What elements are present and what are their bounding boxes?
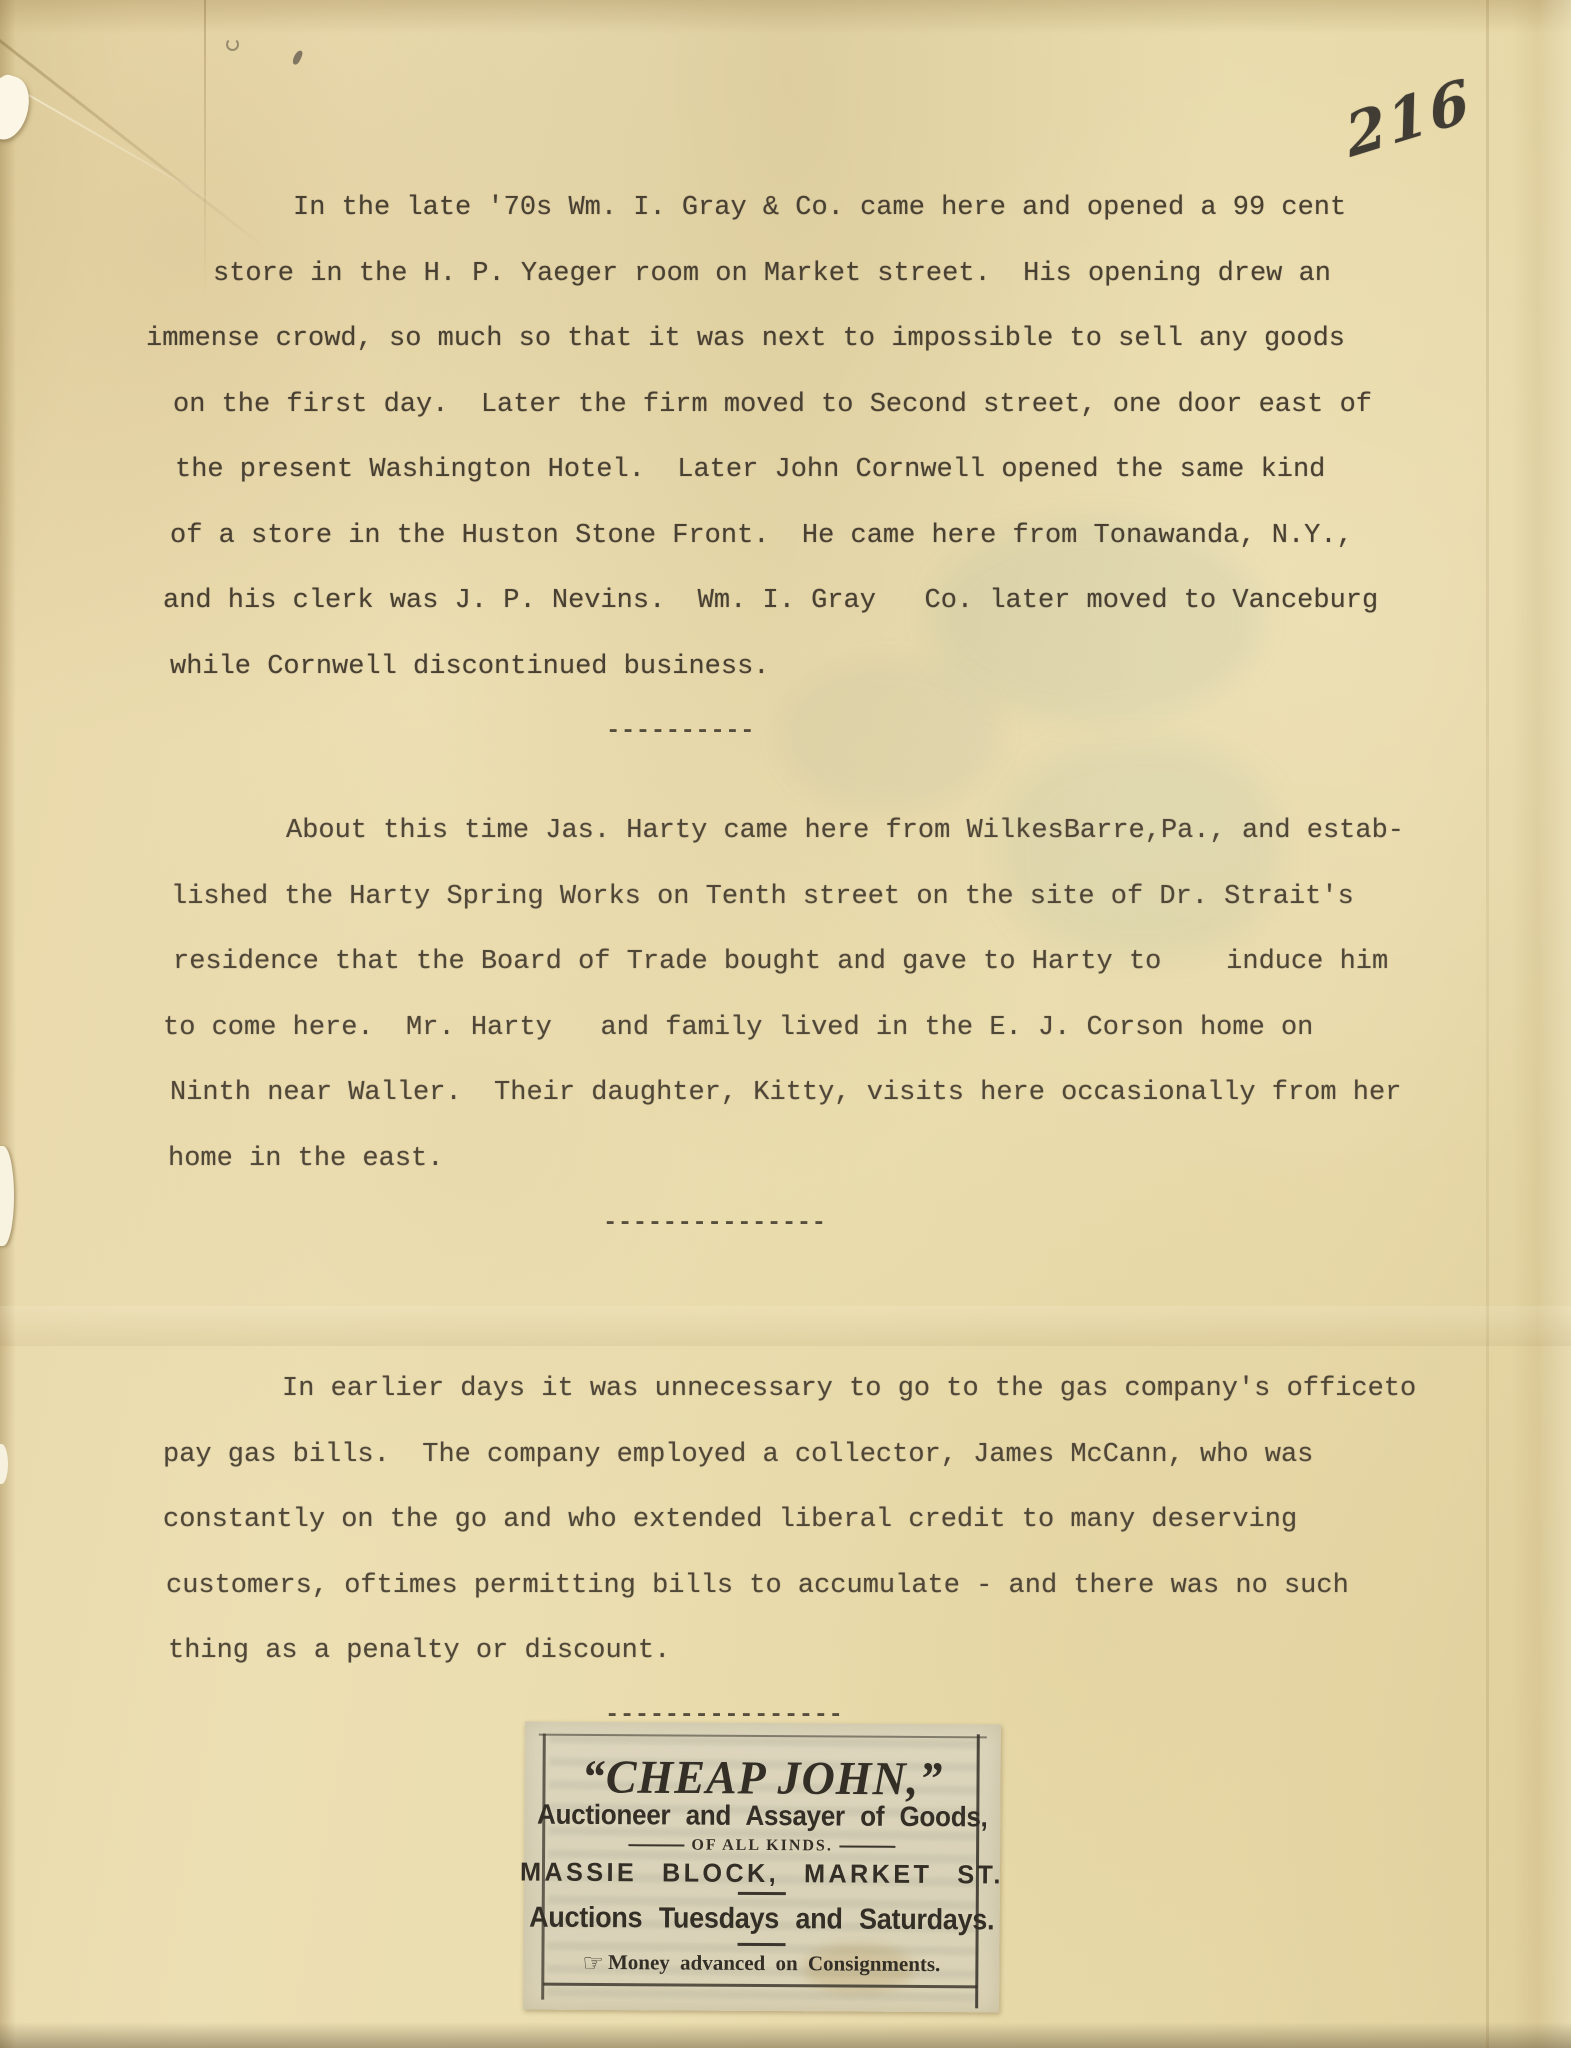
paper-left-edge-shading <box>0 0 16 2048</box>
ad-address: MASSIE BLOCK, MARKET ST. <box>520 1857 1004 1891</box>
torn-notch <box>0 71 37 144</box>
paragraph-1: In the late '70s Wm. I. Gray & Co. came … <box>150 176 1378 700</box>
typed-dashed-separator: ---------- <box>606 718 755 745</box>
ad-divider-rule <box>738 1892 786 1895</box>
ad-subtitle: Auctioneer and Assayer of Goods, <box>537 1799 988 1834</box>
typed-line: on the first day. Later the firm moved t… <box>173 373 1378 439</box>
dash-rule <box>628 1844 684 1846</box>
typed-line: store in the H. P. Yaeger room on Market… <box>213 242 1378 308</box>
typed-line: the present Washington Hotel. Later John… <box>175 438 1378 504</box>
typed-line: lished the Harty Spring Works on Tenth s… <box>171 865 1404 931</box>
ad-headline: “CHEAP JOHN,” <box>582 1749 944 1806</box>
dash-rule <box>840 1845 896 1847</box>
typed-line: residence that the Board of Trade bought… <box>173 930 1404 996</box>
ink-speck <box>291 49 303 66</box>
ink-speck <box>226 38 239 51</box>
scanned-typewritten-page: 216 In the late '70s Wm. I. Gray & Co. c… <box>0 0 1571 2048</box>
paragraph-3: In earlier days it was unnecessary to go… <box>150 1357 1416 1685</box>
ad-divider-rule <box>738 1943 786 1946</box>
ad-of-all-kinds: OF ALL KINDS. <box>628 1836 896 1856</box>
typed-line: About this time Jas. Harty came here fro… <box>286 799 1404 865</box>
ad-consignments-text: Money advanced on Consignments. <box>608 1950 941 1977</box>
typed-line: and his clerk was J. P. Nevins. Wm. I. G… <box>163 569 1378 635</box>
paper-top-edge-shading <box>0 0 1571 34</box>
typed-line: thing as a penalty or discount. <box>168 1619 1416 1685</box>
ad-of-all-kinds-text: OF ALL KINDS. <box>691 1837 833 1856</box>
typed-line: immense crowd, so much so that it was ne… <box>146 307 1378 373</box>
typed-line: constantly on the go and who extended li… <box>163 1488 1416 1554</box>
typed-line: of a store in the Huston Stone Front. He… <box>170 504 1378 570</box>
typed-dashed-separator: --------------- <box>603 1210 827 1237</box>
page-number-handwritten: 216 <box>1341 65 1476 171</box>
typed-line: home in the east. <box>168 1127 1404 1193</box>
ad-auction-days: Auctions Tuesdays and Saturdays. <box>529 1902 994 1938</box>
paper-crease <box>1486 0 1489 2048</box>
typed-line: to come here. Mr. Harty and family lived… <box>163 996 1404 1062</box>
paper-bottom-edge-shading <box>0 2022 1571 2048</box>
paper-right-edge-shading <box>1511 0 1571 2048</box>
typed-line: while Cornwell discontinued business. <box>170 635 1378 701</box>
ad-consignments-note: ☞ Money advanced on Consignments. <box>582 1950 940 1977</box>
paper-crease <box>0 1306 1571 1346</box>
pointing-hand-icon: ☞ <box>582 1950 604 1974</box>
typed-line: Ninth near Waller. Their daughter, Kitty… <box>170 1061 1404 1127</box>
newspaper-clipping-ad: “CHEAP JOHN,” Auctioneer and Assayer of … <box>523 1722 1001 2013</box>
paragraph-2: About this time Jas. Harty came here fro… <box>150 799 1404 1192</box>
typed-line: customers, oftimes permitting bills to a… <box>166 1554 1416 1620</box>
typed-line: In earlier days it was unnecessary to go… <box>282 1357 1416 1423</box>
typed-line: pay gas bills. The company employed a co… <box>163 1423 1416 1489</box>
typed-line: In the late '70s Wm. I. Gray & Co. came … <box>293 176 1378 242</box>
